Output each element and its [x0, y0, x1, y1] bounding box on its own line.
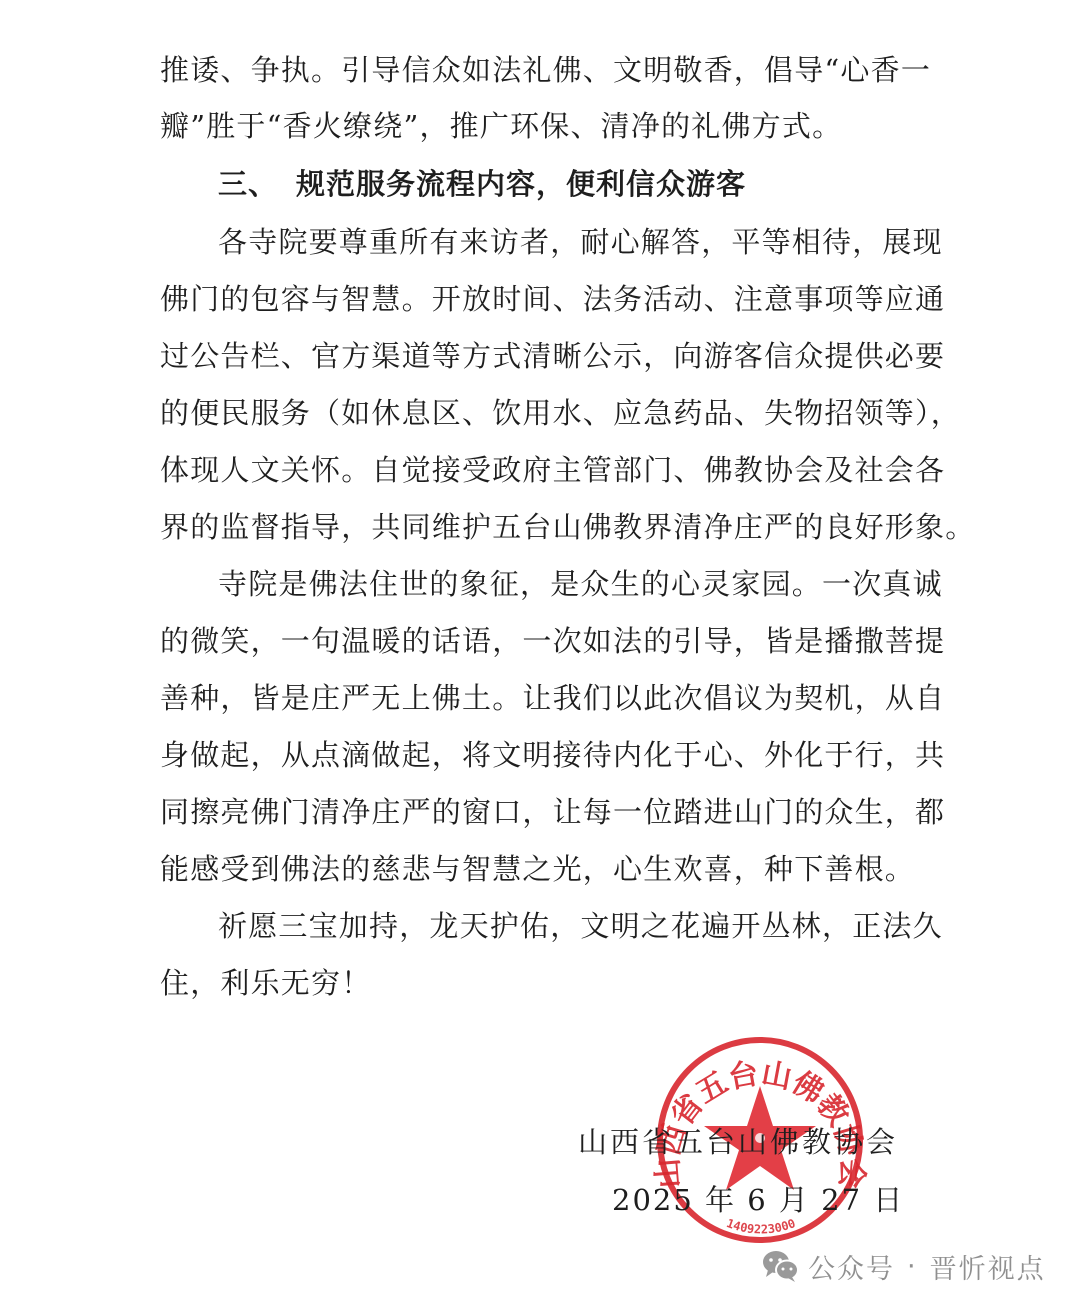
text-line: 寺院是佛法住世的象征，是众生的心灵家园。一次真诚 — [218, 564, 930, 604]
section-heading: 三、规范服务流程内容，便利信众游客 — [218, 164, 746, 204]
section-number: 三、 — [218, 167, 278, 201]
text-line: 同擦亮佛门清净庄严的窗口，让每一位踏进山门的众生，都 — [160, 792, 930, 832]
text-line: 住，利乐无穷！ — [160, 963, 930, 1003]
text-line: 佛门的包容与智慧。开放时间、法务活动、注意事项等应通 — [160, 279, 930, 319]
text-line: 祈愿三宝加持，龙天护佑，文明之花遍开丛林，正法久 — [218, 906, 930, 946]
document-page: 推诿、争执。引导信众如法礼佛、文明敬香，倡导“心香一 瓣”胜于“香火缭绕”，推广… — [0, 0, 1080, 1308]
text-line: 身做起，从点滴做起，将文明接待内化于心、外化于行，共 — [160, 735, 930, 775]
text-line: 界的监督指导，共同维护五台山佛教界清净庄严的良好形象。 — [160, 507, 930, 547]
account-name: 晋忻视点 — [930, 1247, 1046, 1286]
signature-organization: 山西省五台山佛教协会 — [578, 1122, 898, 1162]
wechat-icon — [762, 1249, 800, 1283]
text-line: 的微笑，一句温暖的话语，一次如法的引导，皆是播撒菩提 — [160, 621, 930, 661]
signature-date: 2025 年 6 月 27 日 — [612, 1180, 904, 1220]
section-title: 规范服务流程内容，便利信众游客 — [296, 167, 746, 201]
platform-label: 公众号 — [808, 1247, 895, 1286]
text-line: 过公告栏、官方渠道等方式清晰公示，向游客信众提供必要 — [160, 336, 930, 376]
text-line: 善种，皆是庄严无上佛土。让我们以此次倡议为契机，从自 — [160, 678, 930, 718]
text-line: 体现人文关怀。自觉接受政府主管部门、佛教协会及社会各 — [160, 450, 930, 490]
text-line: 瓣”胜于“香火缭绕”，推广环保、清净的礼佛方式。 — [160, 106, 930, 146]
text-line: 能感受到佛法的慈悲与智慧之光，心生欢喜，种下善根。 — [160, 849, 930, 889]
watermark-footer: 公众号 · 晋忻视点 — [762, 1244, 1046, 1288]
text-line: 各寺院要尊重所有来访者，耐心解答，平等相待，展现 — [218, 222, 930, 262]
separator: · — [907, 1251, 918, 1282]
text-line: 推诿、争执。引导信众如法礼佛、文明敬香，倡导“心香一 — [160, 50, 930, 90]
text-line: 的便民服务（如休息区、饮用水、应急药品、失物招领等）， — [160, 393, 930, 433]
